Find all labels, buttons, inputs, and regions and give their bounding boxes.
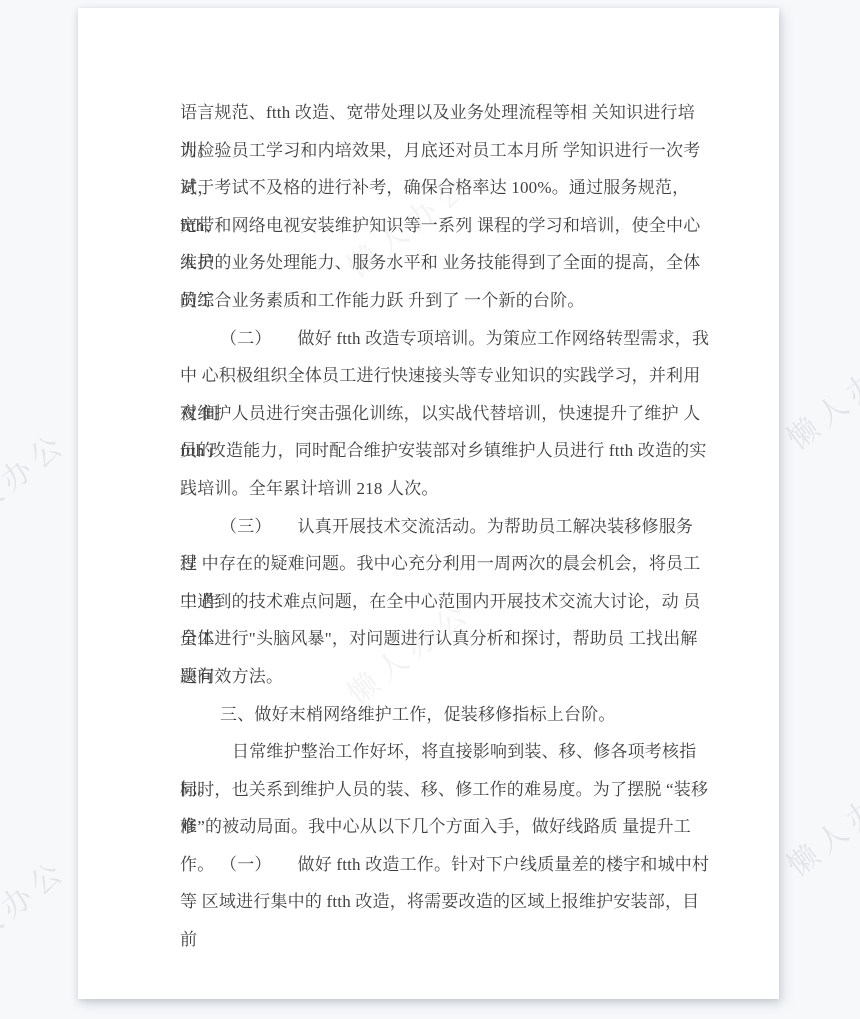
document-line: 同时，也关系到维护人员的装、移、修工作的难易度。为了摆脱 “装移修 [180, 771, 710, 809]
document-line: ftth 改造能力，同时配合维护安装部对乡镇维护人员进行 ftth 改造的实 [180, 432, 710, 470]
document-line: 的综合业务素质和工作能力跃 升到了 一个新的台阶。 [180, 282, 710, 320]
watermark-text: 懒人办公 [0, 846, 75, 972]
document-line: 员工进行"头脑风暴"，对问题进行认真分析和探讨，帮助员 工找出解决问 [180, 620, 710, 658]
document-line: 为检验员工学习和内培效果，月底还对员工本月所 学知识进行一次考试， [180, 132, 710, 170]
watermark-text: 懒人办公 [776, 759, 860, 885]
document-line: 宽带和网络电视安装维护知识等一系列 课程的学习和培训，使全中心维护 [180, 207, 710, 245]
document-line: 践培训。全年累计培训 218 人次。 [180, 470, 710, 508]
document-line: 三、做好末梢网络维护工作，促装移修指标上台阶。 [180, 696, 710, 734]
document-viewer: 语言规范、ftth 改造、宽带处理以及业务处理流程等相 关知识进行培训。为检验员… [0, 0, 860, 1019]
document-line: 对于考试不及格的进行补考，确保合格率达 100%。通过服务规范，ftth、 [180, 169, 710, 207]
document-line: 难”的被动局面。我中心从以下几个方面入手，做好线路质 量提升工作。 [180, 808, 710, 846]
document-line: （一） 做好 ftth 改造工作。针对下户线质量差的楼宇和城中村 [180, 846, 710, 884]
document-line: （三） 认真开展技术交流活动。为帮助员工解决装移修服务过 [180, 508, 710, 546]
document-line: 日常维护整治工作好坏，将直接影响到装、移、修各项考核指 标。 [180, 733, 710, 771]
document-line: 中遇到的技术难点问题，在全中心范围内开展技术交流大讨论，动 员全体 [180, 583, 710, 621]
document-line: 题有效方法。 [180, 658, 710, 696]
document-line: 对维护人员进行突击强化训练，以实战代替培训，快速提升了维护 人员的 [180, 395, 710, 433]
document-line: 等 区域进行集中的 ftth 改造，将需要改造的区域上报维护安装部，目 前 [180, 883, 710, 921]
document-line: 人员的业务处理能力、服务水平和 业务技能得到了全面的提高，全体员工 [180, 244, 710, 282]
document-line: 程 中存在的疑难问题。我中心充分利用一周两次的晨会机会，将员工工 作 [180, 545, 710, 583]
document-page: 语言规范、ftth 改造、宽带处理以及业务处理流程等相 关知识进行培训。为检验员… [78, 8, 779, 999]
watermark-text: 懒人办公 [776, 332, 860, 458]
document-line: （二） 做好 ftth 改造专项培训。为策应工作网络转型需求，我 [180, 320, 710, 358]
document-body: 语言规范、ftth 改造、宽带处理以及业务处理流程等相 关知识进行培训。为检验员… [180, 94, 710, 921]
document-line: 中 心积极组织全体员工进行快速接头等专业知识的实践学习，并利用夜 间 [180, 357, 710, 395]
watermark-text: 懒人办公 [0, 419, 75, 545]
document-line: 语言规范、ftth 改造、宽带处理以及业务处理流程等相 关知识进行培训。 [180, 94, 710, 132]
